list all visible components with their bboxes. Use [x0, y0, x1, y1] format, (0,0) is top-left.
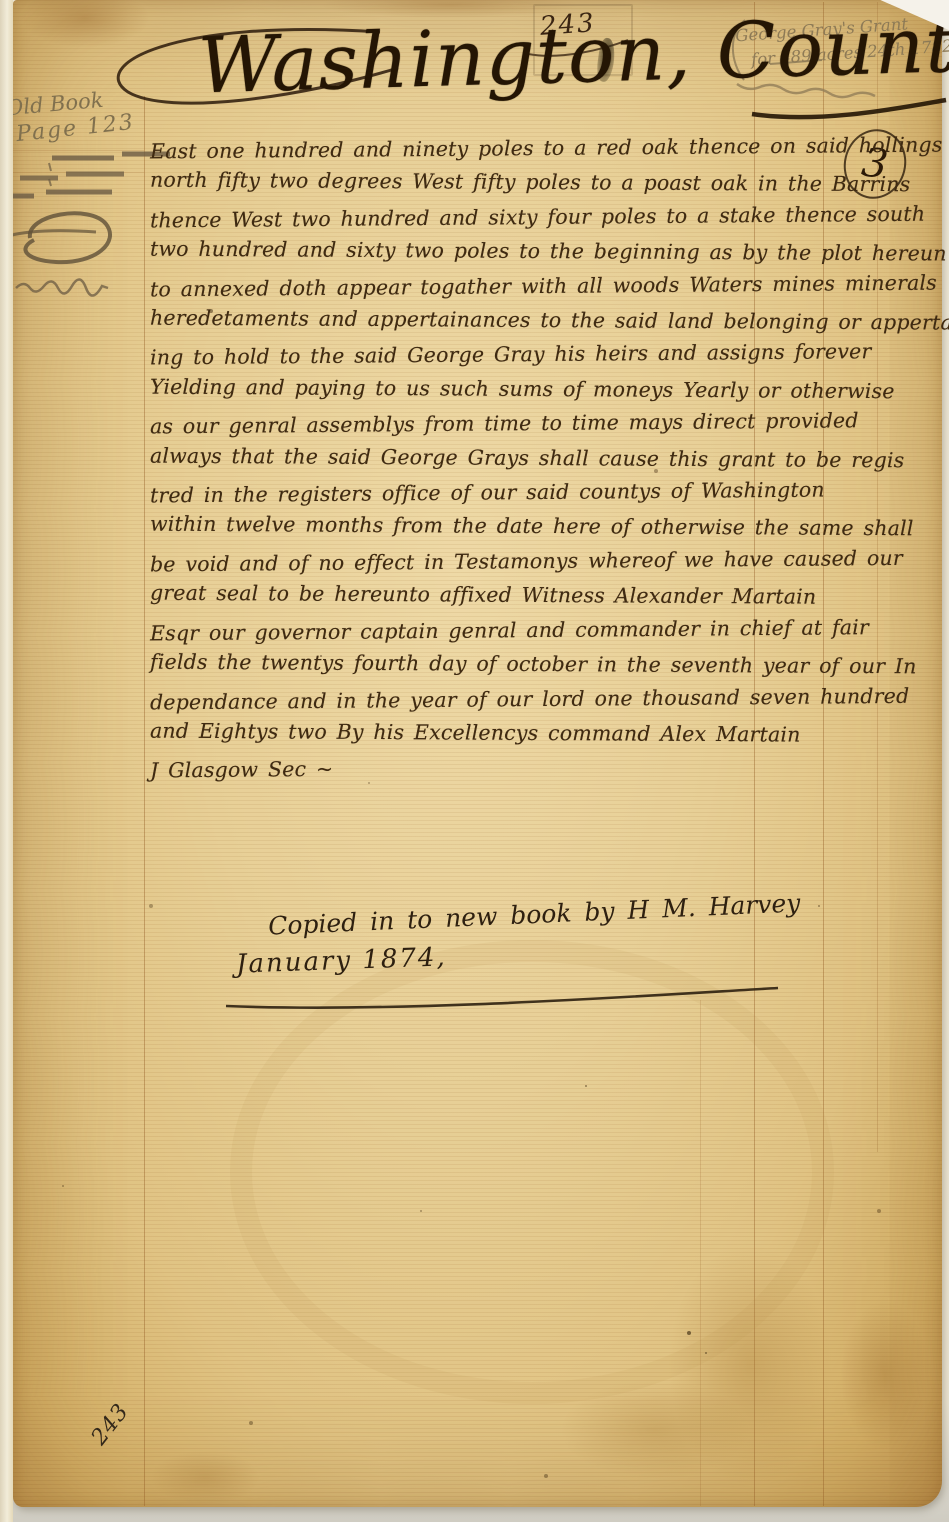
manuscript-line: north fifty two degrees West fifty poles…	[150, 163, 936, 202]
manuscript-line: always that the said George Grays shall …	[150, 438, 936, 477]
ruled-line-left-margin	[144, 96, 145, 1506]
manuscript-line: dependance and in the year of our lord o…	[150, 678, 936, 719]
manuscript-line: within twelve months from the date here …	[150, 507, 936, 546]
margin-rule-2	[13, 172, 144, 173]
manuscript-line: as our genral assemblys from time to tim…	[150, 403, 936, 444]
scanned-document: 243 George Gray's Grant for 489 acres 24…	[0, 0, 949, 1522]
manuscript-line: great seal to be hereunto affixed Witnes…	[150, 576, 936, 615]
manuscript-line: two hundred and sixty two poles to the b…	[150, 232, 936, 271]
page-title: Washington, County	[197, 8, 939, 106]
ruled-line-col0	[700, 1000, 701, 1506]
manuscript-line: J Glasgow Sec ~	[150, 747, 936, 788]
scan-edge-left	[0, 0, 13, 1522]
manuscript-body: East one hundred and ninety poles to a r…	[150, 131, 936, 785]
manuscript-line: to annexed doth appear togather with all…	[150, 265, 936, 306]
margin-rule-1	[13, 150, 144, 151]
manuscript-line: ing to hold to the said George Gray his …	[150, 334, 936, 375]
manuscript-line: fields the twentys fourth day of october…	[150, 645, 936, 684]
